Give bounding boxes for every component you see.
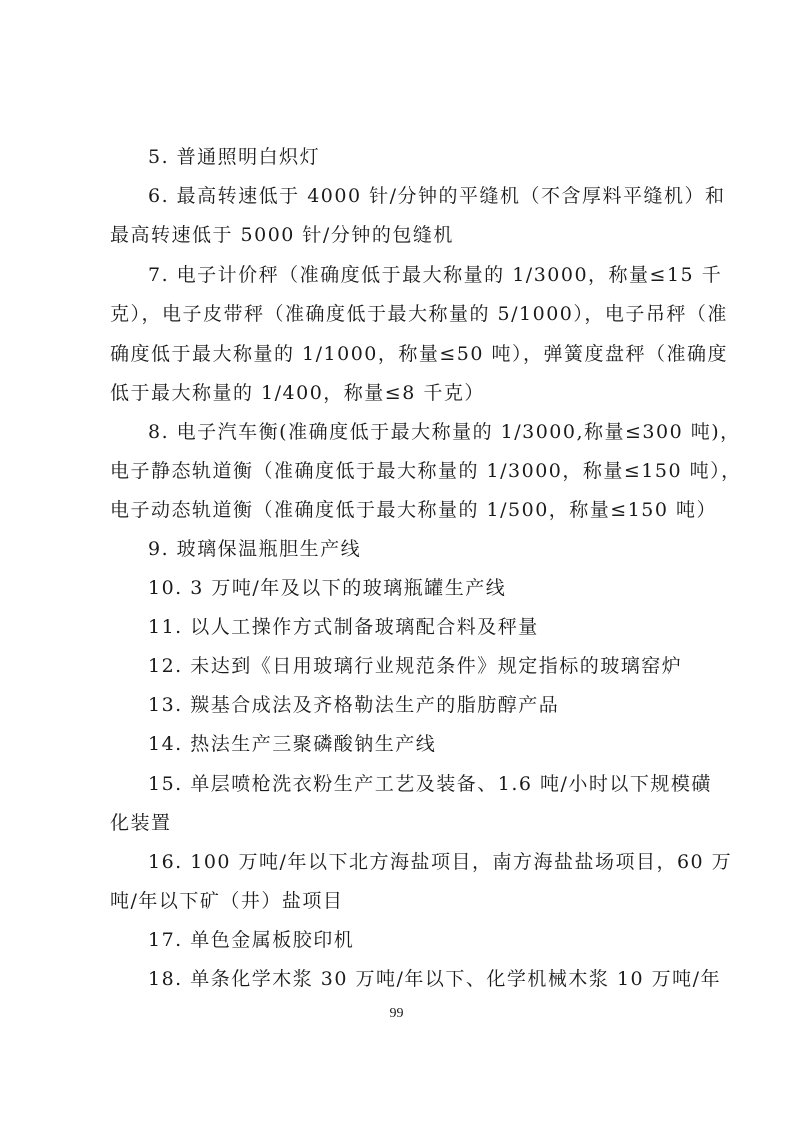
list-item-8-line-2: 电子静态轨道衡（准确度低于最大称量的 1/3000，称量≤150 吨）， <box>110 452 690 491</box>
list-item-11: 11. 以人工操作方式制备玻璃配合料及秤量 <box>148 608 690 647</box>
list-item-15-line-1: 15. 单层喷枪洗衣粉生产工艺及装备、1.6 吨/小时以下规模磺 <box>148 765 690 804</box>
list-item-16-line-2: 吨/年以下矿（井）盐项目 <box>110 882 690 921</box>
list-item-7-line-4: 低于最大称量的 1/400，称量≤8 千克） <box>110 374 690 413</box>
document-page: 5. 普通照明白炽灯 6. 最高转速低于 4000 针/分钟的平缝机（不含厚料平… <box>0 0 793 1122</box>
list-item-17: 17. 单色金属板胶印机 <box>148 921 690 960</box>
list-item-14: 14. 热法生产三聚磷酸钠生产线 <box>148 725 690 764</box>
list-item-12: 12. 未达到《日用玻璃行业规范条件》规定指标的玻璃窑炉 <box>148 647 690 686</box>
list-item-6-line-1: 6. 最高转速低于 4000 针/分钟的平缝机（不含厚料平缝机）和 <box>148 177 690 216</box>
list-item-13: 13. 羰基合成法及齐格勒法生产的脂肪醇产品 <box>148 686 690 725</box>
list-item-8-line-3: 电子动态轨道衡（准确度低于最大称量的 1/500，称量≤150 吨） <box>110 491 690 530</box>
list-item-7-line-3: 确度低于最大称量的 1/1000，称量≤50 吨），弹簧度盘秤（准确度 <box>110 335 690 374</box>
list-item-18-line-1: 18. 单条化学木浆 30 万吨/年以下、化学机械木浆 10 万吨/年 <box>148 960 690 999</box>
list-item-5: 5. 普通照明白炽灯 <box>148 138 690 177</box>
list-item-8-line-1: 8. 电子汽车衡(准确度低于最大称量的 1/3000,称量≤300 吨)， <box>148 413 690 452</box>
list-item-15-line-2: 化装置 <box>110 804 690 843</box>
list-item-9: 9. 玻璃保温瓶胆生产线 <box>148 530 690 569</box>
list-item-10: 10. 3 万吨/年及以下的玻璃瓶罐生产线 <box>148 569 690 608</box>
page-number: 99 <box>0 1004 793 1024</box>
list-item-6-line-2: 最高转速低于 5000 针/分钟的包缝机 <box>110 216 690 255</box>
list-item-7-line-1: 7. 电子计价秤（准确度低于最大称量的 1/3000，称量≤15 千 <box>148 256 690 295</box>
list-item-7-line-2: 克），电子皮带秤（准确度低于最大称量的 5/1000），电子吊秤（准 <box>110 295 690 334</box>
list-item-16-line-1: 16. 100 万吨/年以下北方海盐项目，南方海盐盐场项目，60 万 <box>148 843 690 882</box>
